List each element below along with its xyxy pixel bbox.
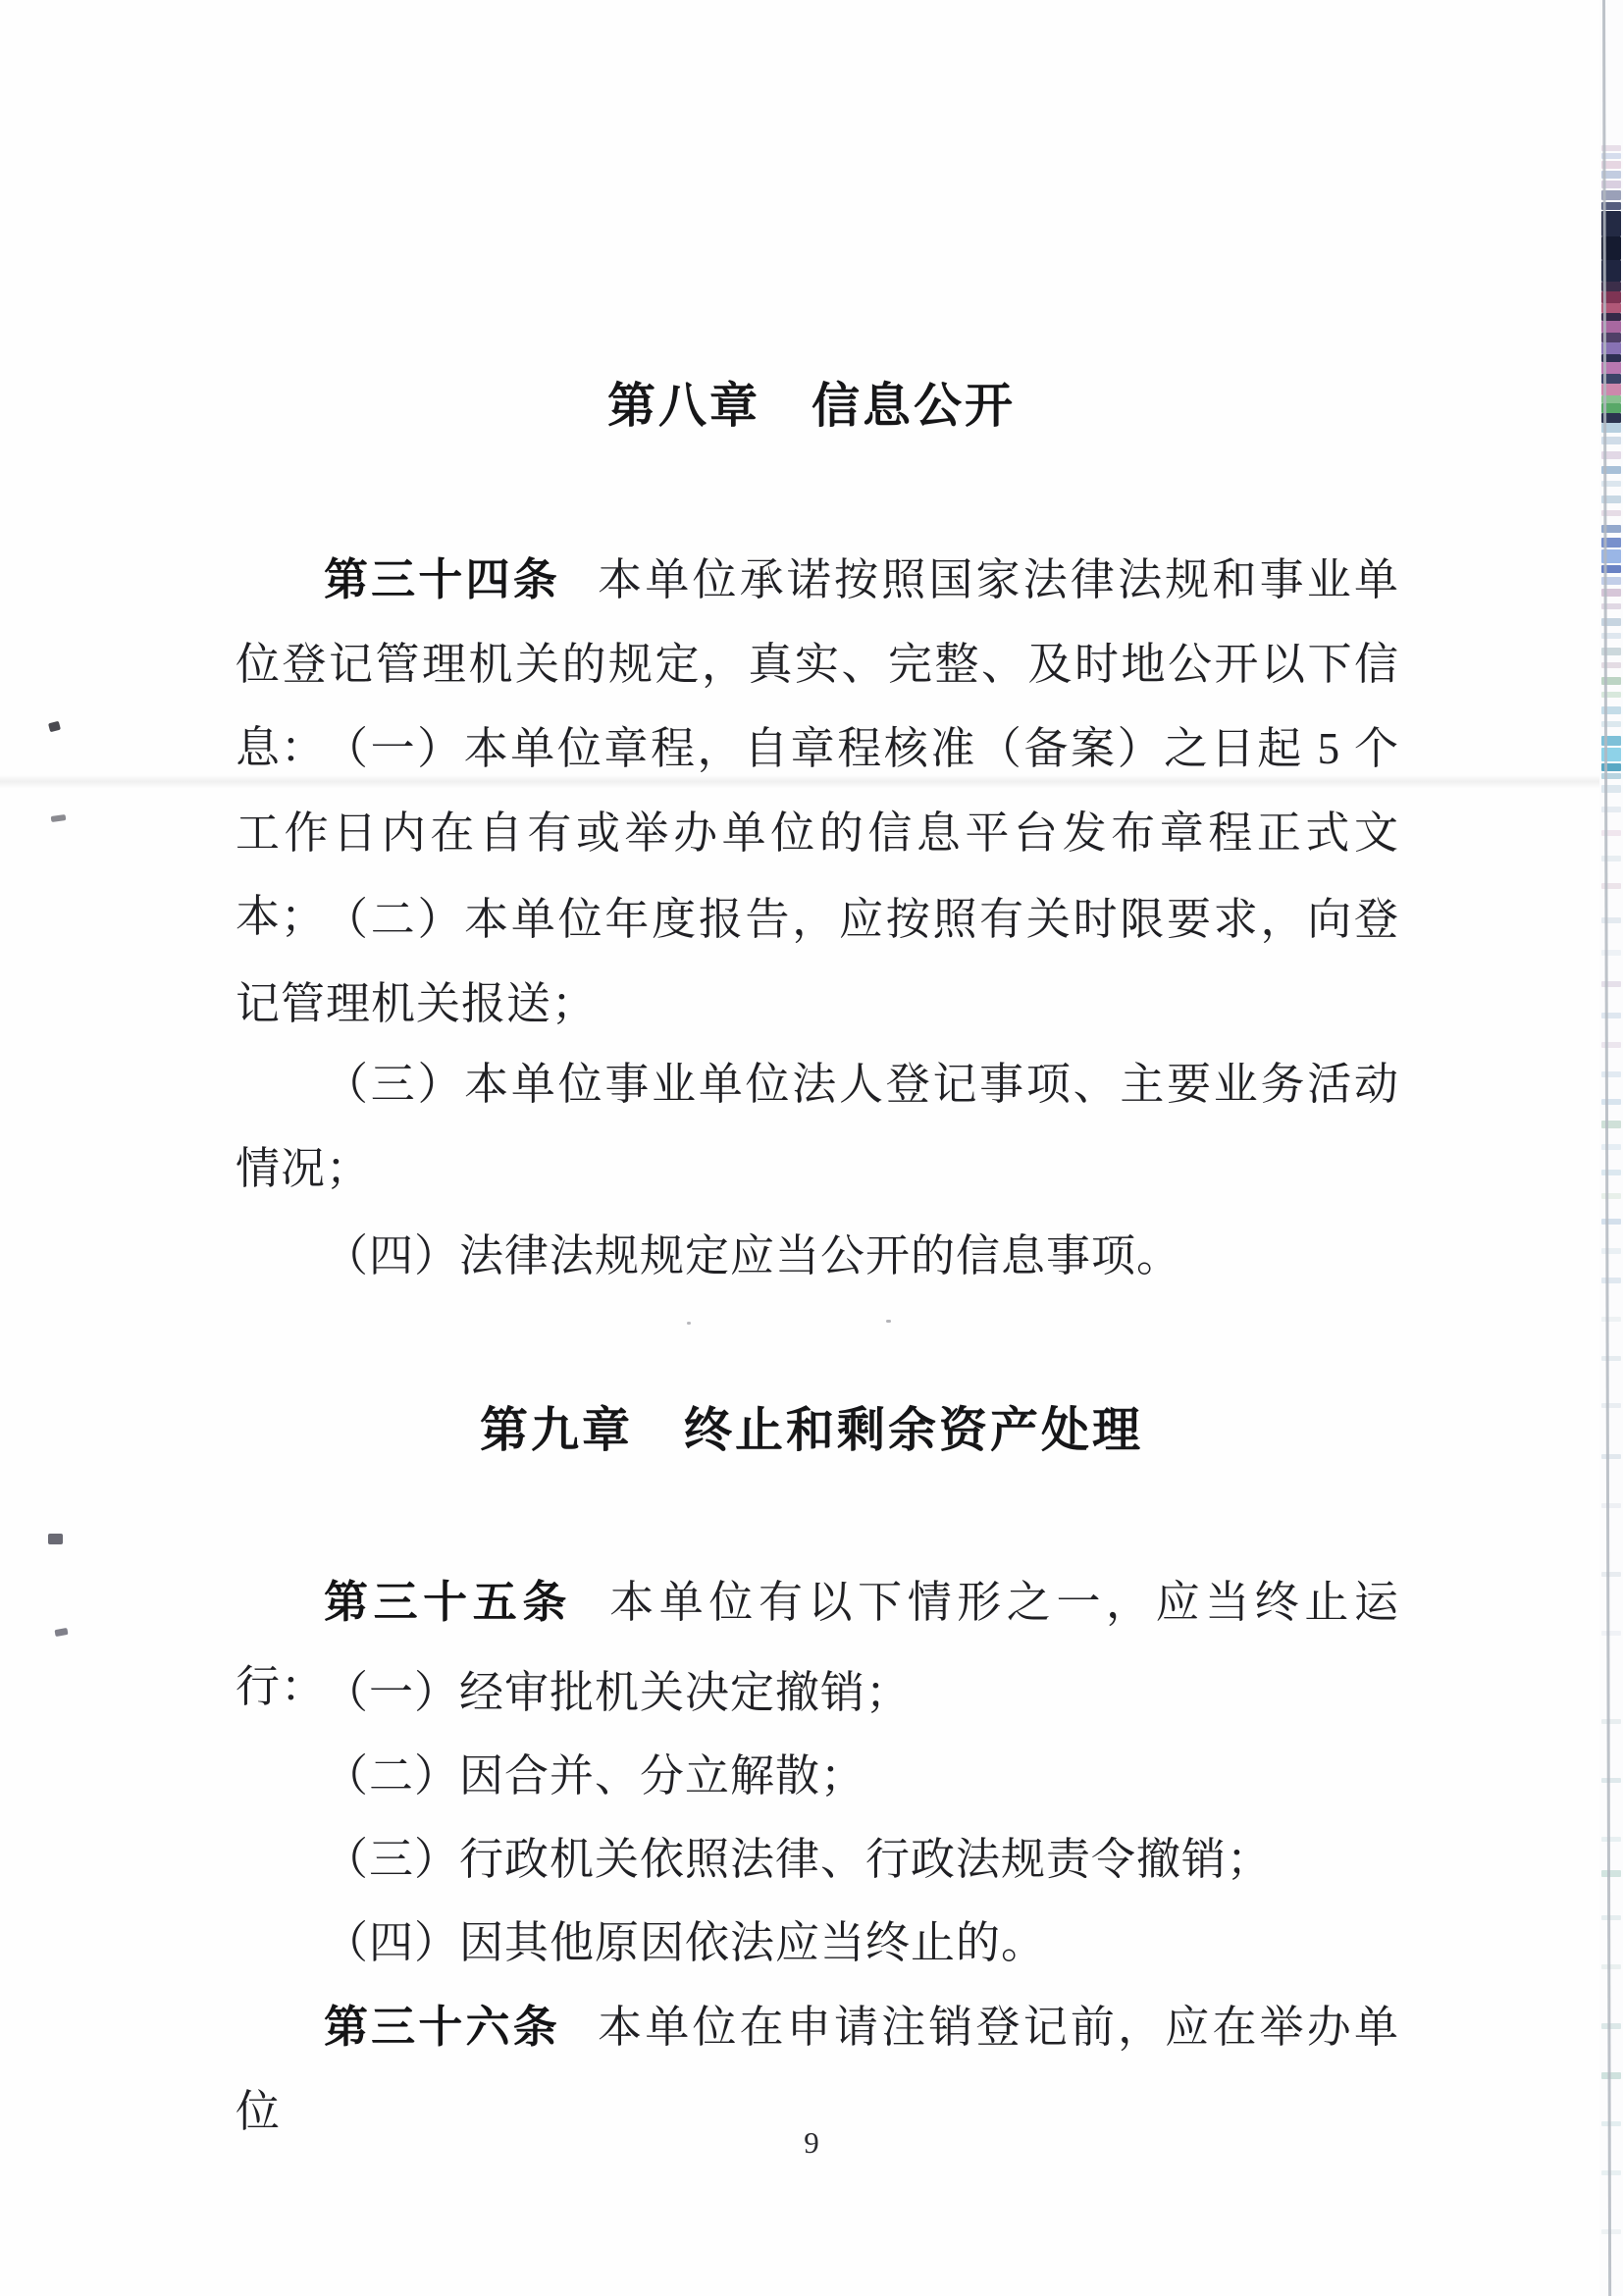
- scanner-noise-stripe: [1601, 1278, 1621, 1283]
- article-35-item-3: （三）行政机关依照法律、行政法规责令撤销；: [236, 1818, 1399, 1903]
- scanner-noise-stripe: [1601, 2170, 1621, 2175]
- ink-speck: [886, 1320, 891, 1323]
- article-34-number: 第三十四条: [324, 554, 560, 604]
- ink-speck: [48, 1534, 63, 1544]
- scanner-noise-stripe: [1601, 1915, 1621, 1920]
- article-35-item-1: （一）经审批机关决定撤销；: [236, 1651, 1399, 1736]
- scanner-noise-stripe: [1601, 1870, 1621, 1877]
- article-34-item-2: （二）本单位年度报告，应按照有关时限要求，向登记管理机关报送；: [236, 878, 1399, 1046]
- chapter-8-heading: 第八章 信息公开: [26, 375, 1597, 438]
- scanner-noise-stripe: [1601, 1572, 1621, 1577]
- scanned-page: 第八章 信息公开 第三十四条本单位承诺按照国家法律法规和事业单位登记管理机关的规…: [0, 0, 1623, 2296]
- scanner-noise-stripe: [1601, 1454, 1621, 1459]
- scanner-noise-stripe: [1601, 1503, 1621, 1508]
- scanner-noise-stripe: [1601, 2229, 1621, 2234]
- chapter-9-heading: 第九章 终止和剩余资产处理: [26, 1399, 1597, 1462]
- article-35-number: 第三十五条: [324, 1577, 572, 1627]
- scanner-noise-stripe: [1601, 1719, 1621, 1724]
- ink-speck: [54, 1628, 68, 1637]
- scanner-noise-stripe: [1601, 1778, 1621, 1783]
- scanner-noise-stripe: [1601, 1193, 1621, 1199]
- scanner-noise-stripe: [1601, 1248, 1621, 1254]
- scanner-noise-stripe: [1601, 2121, 1621, 2126]
- scanner-noise-stripe: [1601, 2072, 1621, 2079]
- scanner-noise-stripe: [1601, 2023, 1621, 2029]
- scanner-noise-stripe: [1601, 1403, 1621, 1408]
- article-35-item-4: （四）因其他原因依法应当终止的。: [236, 1902, 1399, 1986]
- scanner-noise-stripe: [1601, 1170, 1621, 1175]
- ink-speck: [48, 721, 61, 733]
- article-35-item-2: （二）因合并、分立解散；: [236, 1735, 1399, 1819]
- scan-band-artifact: [0, 775, 1623, 789]
- ink-speck: [51, 814, 67, 822]
- scanner-noise-stripe: [1601, 1317, 1621, 1322]
- article-34-item-4: （四）法律法规规定应当公开的信息事项。: [236, 1215, 1399, 1299]
- scanner-noise-stripe: [1601, 1219, 1621, 1225]
- page-number: 9: [26, 2125, 1597, 2161]
- article-34-item-3: （三）本单位事业单位法人登记事项、主要业务活动情况；: [236, 1043, 1399, 1211]
- scanner-noise-stripe: [1601, 1356, 1621, 1361]
- article-36-number: 第三十六条: [324, 2002, 560, 2052]
- ink-speck: [687, 1322, 691, 1325]
- scanner-noise-stripe: [1601, 1144, 1621, 1150]
- scanner-noise-stripe: [1601, 1631, 1621, 1636]
- scanner-noise-stripe: [1601, 1837, 1621, 1842]
- scanner-noise-stripe: [1601, 1964, 1621, 1969]
